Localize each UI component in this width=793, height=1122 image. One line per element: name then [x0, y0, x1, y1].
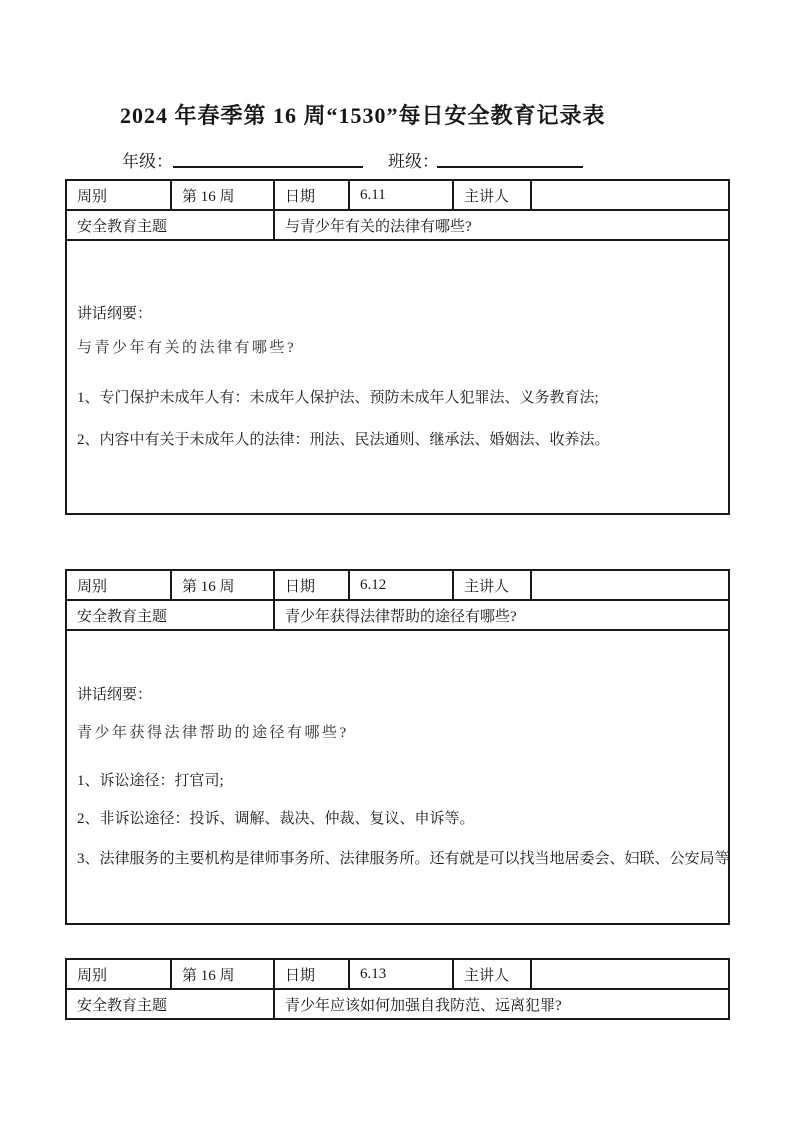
outline-point: 1、专门保护未成年人有：未成年人保护法、预防未成年人犯罪法、义务教育法; — [77, 385, 724, 411]
session-table-1: 周别 第 16 周 日期 6.11 主讲人 安全教育主题 与青少年有关的法律有哪… — [65, 179, 730, 515]
date-value-cell: 6.11 — [349, 180, 453, 210]
outline-question: 青少年获得法律帮助的途径有哪些? — [77, 720, 724, 746]
week-label-cell: 周别 — [66, 570, 171, 600]
topic-label-cell: 安全教育主题 — [66, 210, 274, 240]
date-label-cell: 日期 — [274, 180, 349, 210]
date-label-cell: 日期 — [274, 570, 349, 600]
outline-label: 讲话纲要： — [77, 301, 724, 327]
topic-label-cell: 安全教育主题 — [66, 989, 274, 1019]
date-value-cell: 6.12 — [349, 570, 453, 600]
outline-point: 2、内容中有关于未成年人的法律：刑法、民法通则、继承法、婚姻法、收养法。 — [77, 427, 724, 453]
outline-point: 2、非诉讼途径：投诉、调解、裁决、仲裁、复议、申诉等。 — [77, 806, 724, 832]
session-table-2: 周别 第 16 周 日期 6.12 主讲人 安全教育主题 青少年获得法律帮助的途… — [65, 569, 730, 925]
outline-cell: 讲话纲要： 与青少年有关的法律有哪些? 1、专门保护未成年人有：未成年人保护法、… — [66, 240, 729, 514]
speaker-value-cell — [531, 180, 729, 210]
speaker-label-cell: 主讲人 — [453, 959, 531, 989]
week-label-cell: 周别 — [66, 959, 171, 989]
outline-point: 1、诉讼途径：打官司; — [77, 768, 724, 794]
date-label-cell: 日期 — [274, 959, 349, 989]
week-value-cell: 第 16 周 — [171, 180, 274, 210]
speaker-value-cell — [531, 570, 729, 600]
speaker-label-cell: 主讲人 — [453, 570, 531, 600]
outline-cell: 讲话纲要： 青少年获得法律帮助的途径有哪些? 1、诉讼途径：打官司; 2、非诉讼… — [66, 630, 729, 924]
outline-label: 讲话纲要： — [77, 682, 724, 708]
document-title: 2024 年春季第 16 周“1530”每日安全教育记录表 — [120, 99, 606, 130]
speaker-label-cell: 主讲人 — [453, 180, 531, 210]
grade-blank-underline — [173, 166, 363, 168]
week-label-cell: 周别 — [66, 180, 171, 210]
outline-point: 3、法律服务的主要机构是律师事务所、法律服务所。还有就是可以找当地居委会、妇联、… — [77, 846, 724, 872]
class-label: 班级： — [388, 147, 439, 172]
session-table-3: 周别 第 16 周 日期 6.13 主讲人 安全教育主题 青少年应该如何加强自我… — [65, 958, 730, 1020]
week-value-cell: 第 16 周 — [171, 570, 274, 600]
date-value-cell: 6.13 — [349, 959, 453, 989]
document-page: 2024 年春季第 16 周“1530”每日安全教育记录表 年级： 班级： 周别… — [0, 0, 793, 1122]
outline-question: 与青少年有关的法律有哪些? — [77, 335, 724, 361]
class-blank-underline — [437, 166, 583, 168]
week-value-cell: 第 16 周 — [171, 959, 274, 989]
topic-value-cell: 青少年获得法律帮助的途径有哪些? — [274, 600, 729, 630]
topic-value-cell: 与青少年有关的法律有哪些? — [274, 210, 729, 240]
topic-label-cell: 安全教育主题 — [66, 600, 274, 630]
speaker-value-cell — [531, 959, 729, 989]
grade-label: 年级： — [122, 147, 173, 172]
topic-value-cell: 青少年应该如何加强自我防范、远离犯罪? — [274, 989, 729, 1019]
